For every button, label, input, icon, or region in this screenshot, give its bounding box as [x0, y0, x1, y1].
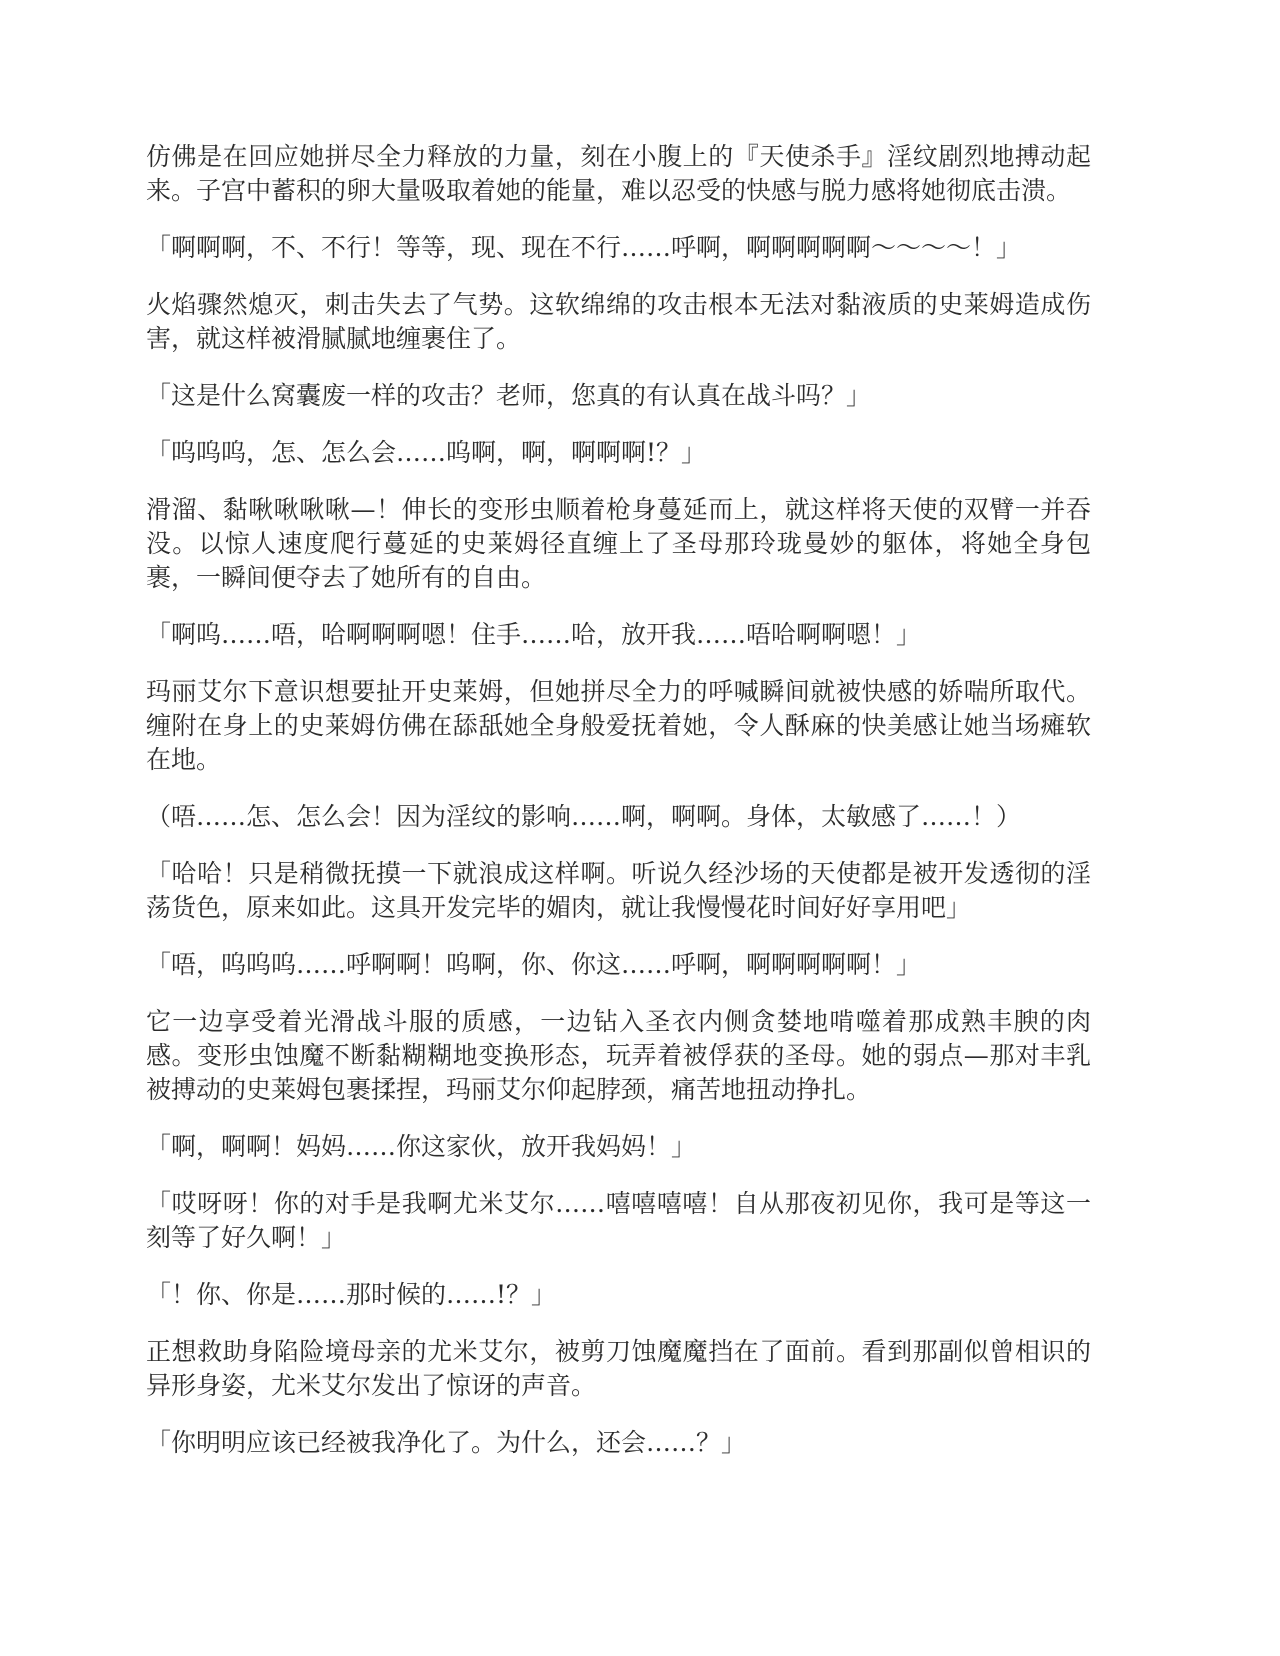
- paragraph-2: 「啊啊啊，不、不行！等等，现、现在不行……呼啊，啊啊啊啊啊～～～～！」: [146, 231, 1091, 265]
- paragraph-3: 火焰骤然熄灭，刺击失去了气势。这软绵绵的攻击根本无法对黏液质的史莱姆造成伤害，就…: [146, 288, 1091, 356]
- paragraph-9: （唔……怎、怎么会！因为淫纹的影响……啊，啊啊。身体，太敏感了……！）: [146, 800, 1091, 834]
- paragraph-16: 正想救助身陷险境母亲的尤米艾尔，被剪刀蚀魔魔挡在了面前。看到那副似曾相识的异形身…: [146, 1335, 1091, 1403]
- paragraph-14: 「哎呀呀！你的对手是我啊尤米艾尔……嘻嘻嘻嘻！自从那夜初见你，我可是等这一刻等了…: [146, 1187, 1091, 1255]
- text-body: 仿佛是在回应她拼尽全力释放的力量，刻在小腹上的『天使杀手』淫纹剧烈地搏动起来。子…: [146, 140, 1091, 1483]
- paragraph-6: 滑溜、黏啾啾啾啾—！伸长的变形虫顺着枪身蔓延而上，就这样将天使的双臂一并吞没。以…: [146, 493, 1091, 595]
- paragraph-5: 「呜呜呜，怎、怎么会……呜啊，啊，啊啊啊!？」: [146, 436, 1091, 470]
- paragraph-7: 「啊呜……唔，哈啊啊啊嗯！住手……哈，放开我……唔哈啊啊嗯！」: [146, 618, 1091, 652]
- paragraph-11: 「唔，呜呜呜……呼啊啊！呜啊，你、你这……呼啊，啊啊啊啊啊！」: [146, 948, 1091, 982]
- paragraph-1: 仿佛是在回应她拼尽全力释放的力量，刻在小腹上的『天使杀手』淫纹剧烈地搏动起来。子…: [146, 140, 1091, 208]
- paragraph-4: 「这是什么窝囊废一样的攻击？老师，您真的有认真在战斗吗？」: [146, 379, 1091, 413]
- paragraph-10: 「哈哈！只是稍微抚摸一下就浪成这样啊。听说久经沙场的天使都是被开发透彻的淫荡货色…: [146, 857, 1091, 925]
- paragraph-8: 玛丽艾尔下意识想要扯开史莱姆，但她拼尽全力的呼喊瞬间就被快感的娇喘所取代。缠附在…: [146, 675, 1091, 777]
- document-page: 仿佛是在回应她拼尽全力释放的力量，刻在小腹上的『天使杀手』淫纹剧烈地搏动起来。子…: [0, 0, 1280, 1656]
- paragraph-17: 「你明明应该已经被我净化了。为什么，还会……？」: [146, 1426, 1091, 1460]
- paragraph-15: 「！你、你是……那时候的……!？」: [146, 1278, 1091, 1312]
- paragraph-13: 「啊，啊啊！妈妈……你这家伙，放开我妈妈！」: [146, 1130, 1091, 1164]
- paragraph-12: 它一边享受着光滑战斗服的质感，一边钻入圣衣内侧贪婪地啃噬着那成熟丰腴的肉感。变形…: [146, 1005, 1091, 1107]
